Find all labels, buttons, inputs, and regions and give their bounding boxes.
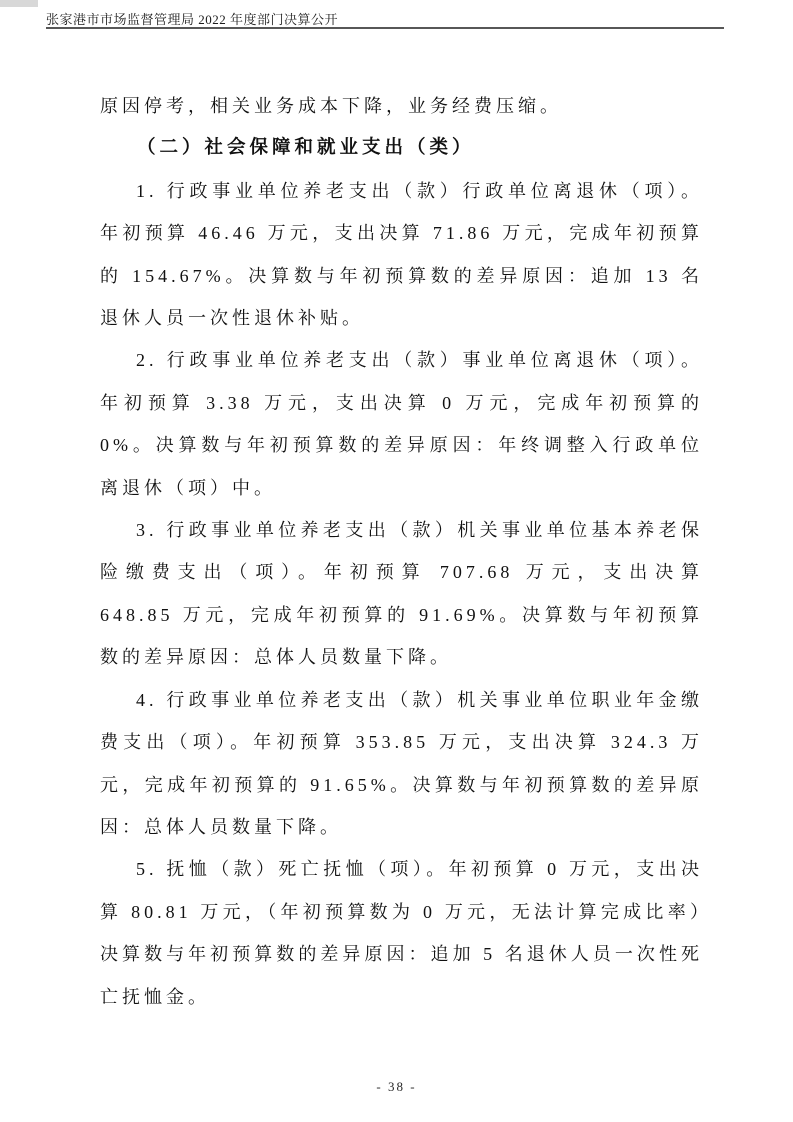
page-number: - 38 - <box>376 1079 416 1094</box>
budget-item-2: 2. 行政事业单位养老支出（款）事业单位离退休（项）。年初预算 3.38 万元，… <box>100 339 703 509</box>
document-page: 张家港市市场监督管理局 2022 年度部门决算公开 原因停考，相关业务成本下降，… <box>0 0 793 1122</box>
page-footer: - 38 - <box>0 1078 793 1096</box>
page-header-title: 张家港市市场监督管理局 2022 年度部门决算公开 <box>46 9 338 28</box>
header-rule-divider <box>46 27 724 29</box>
document-body: 原因停考，相关业务成本下降，业务经费压缩。 （二）社会保障和就业支出（类） 1.… <box>100 85 703 1018</box>
budget-item-1: 1. 行政事业单位养老支出（款）行政单位离退休（项）。年初预算 46.46 万元… <box>100 170 703 340</box>
budget-item-3: 3. 行政事业单位养老支出（款）机关事业单位基本养老保险缴费支出（项）。年初预算… <box>100 509 703 679</box>
paragraph-continuation: 原因停考，相关业务成本下降，业务经费压缩。 <box>100 85 703 127</box>
budget-item-4: 4. 行政事业单位养老支出（款）机关事业单位职业年金缴费支出（项）。年初预算 3… <box>100 679 703 849</box>
budget-item-5: 5. 抚恤（款）死亡抚恤（项）。年初预算 0 万元，支出决算 80.81 万元，… <box>100 848 703 1018</box>
section-heading: （二）社会保障和就业支出（类） <box>100 127 703 169</box>
scan-shadow <box>0 0 38 7</box>
